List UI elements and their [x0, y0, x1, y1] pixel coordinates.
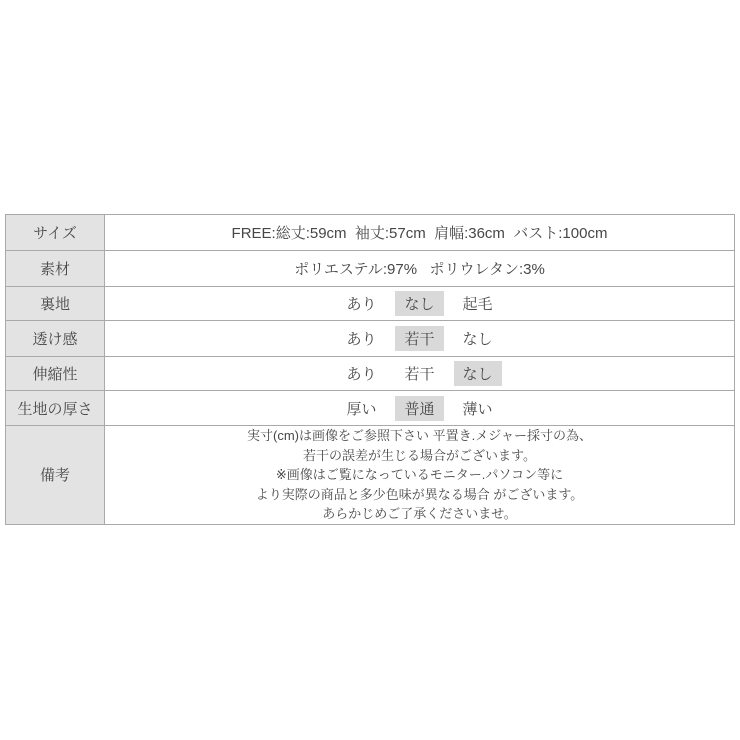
row-value: FREE:総丈:59cm 袖丈:57cm 肩幅:36cm バスト:100cm [105, 215, 735, 251]
option: 若干 [395, 361, 443, 386]
row-value: ありなし起毛 [105, 287, 735, 321]
option: 厚い [337, 396, 385, 421]
option-selected: なし [454, 361, 502, 386]
table-row: 伸縮性あり若干なし [6, 357, 735, 391]
row-value: 厚い普通薄い [105, 391, 735, 426]
row-label: 透け感 [6, 321, 105, 357]
table-row: 素材ポリエステル:97% ポリウレタン:3% [6, 251, 735, 287]
row-label: サイズ [6, 215, 105, 251]
note-line: あらかじめご了承くださいませ。 [113, 504, 726, 524]
note-line: 若干の誤差が生じる場合がございます。 [113, 446, 726, 466]
note-line: より実際の商品と多少色味が異なる場合 がございます。 [113, 485, 726, 505]
option: 薄い [454, 396, 502, 421]
row-label: 素材 [6, 251, 105, 287]
option: あり [337, 291, 385, 316]
note-line: 実寸(cm)は画像をご参照下さい 平置き.メジャー採寸の為、 [113, 426, 726, 446]
row-label: 生地の厚さ [6, 391, 105, 426]
page: サイズFREE:総丈:59cm 袖丈:57cm 肩幅:36cm バスト:100c… [0, 0, 740, 740]
table-row: サイズFREE:総丈:59cm 袖丈:57cm 肩幅:36cm バスト:100c… [6, 215, 735, 251]
row-value: あり若干なし [105, 321, 735, 357]
table-row: 裏地ありなし起毛 [6, 287, 735, 321]
option: 起毛 [454, 291, 502, 316]
option: あり [337, 361, 385, 386]
note-line: ※画像はご覧になっているモニター.パソコン等に [113, 465, 726, 485]
row-label: 伸縮性 [6, 357, 105, 391]
row-label: 裏地 [6, 287, 105, 321]
option: なし [454, 326, 502, 351]
option-selected: 若干 [395, 326, 443, 351]
value-text: ポリエステル:97% ポリウレタン:3% [294, 261, 545, 278]
spec-table-body: サイズFREE:総丈:59cm 袖丈:57cm 肩幅:36cm バスト:100c… [6, 215, 735, 525]
product-spec-table: サイズFREE:総丈:59cm 袖丈:57cm 肩幅:36cm バスト:100c… [5, 214, 735, 525]
row-value: あり若干なし [105, 357, 735, 391]
table-row: 備考実寸(cm)は画像をご参照下さい 平置き.メジャー採寸の為、若干の誤差が生じ… [6, 426, 735, 525]
table-row: 透け感あり若干なし [6, 321, 735, 357]
option-selected: 普通 [395, 396, 443, 421]
option-selected: なし [395, 291, 443, 316]
row-value: 実寸(cm)は画像をご参照下さい 平置き.メジャー採寸の為、若干の誤差が生じる場… [105, 426, 735, 525]
table-row: 生地の厚さ厚い普通薄い [6, 391, 735, 426]
row-value: ポリエステル:97% ポリウレタン:3% [105, 251, 735, 287]
value-text: FREE:総丈:59cm 袖丈:57cm 肩幅:36cm バスト:100cm [232, 225, 608, 242]
row-label: 備考 [6, 426, 105, 525]
option: あり [337, 326, 385, 351]
